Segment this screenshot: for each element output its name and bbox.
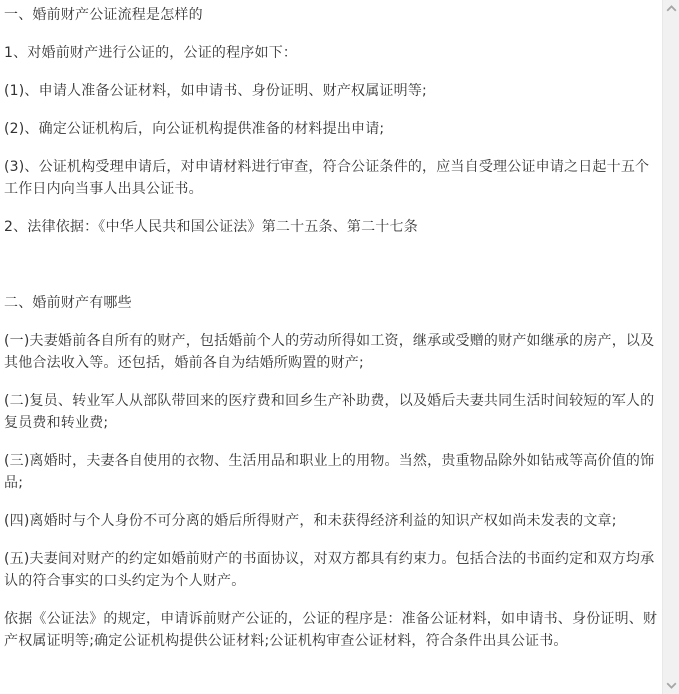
scroll-up-button[interactable]: [663, 0, 679, 17]
paragraph: (四)离婚时与个人身份不可分离的婚后所得财产，和未获得经济利益的知识产权如尚未发…: [4, 510, 658, 532]
paragraph-blank: [4, 254, 658, 276]
paragraph: (2)、确定公证机构后，向公证机构提供准备的材料提出申请;: [4, 118, 658, 140]
paragraph: (五)夫妻间对财产的约定如婚前财产的书面协议，对双方都具有约束力。包括合法的书面…: [4, 548, 658, 592]
paragraph: 一、婚前财产公证流程是怎样的: [4, 4, 658, 26]
paragraph: 2、法律依据：《中华人民共和国公证法》第二十五条、第二十七条: [4, 216, 658, 238]
paragraph: 依据《公证法》的规定，申请诉前财产公证的，公证的程序是：准备公证材料，如申请书、…: [4, 608, 658, 652]
paragraph: (一)夫妻婚前各自所有的财产，包括婚前个人的劳动所得如工资，继承或受赠的财产如继…: [4, 330, 658, 374]
paragraph: (三)离婚时，夫妻各自使用的衣物、生活用品和职业上的用物。当然，贵重物品除外如钻…: [4, 450, 658, 494]
paragraph: 二、婚前财产有哪些: [4, 292, 658, 314]
paragraph: (3)、公证机构受理申请后，对申请材料进行审查，符合公证条件的，应当自受理公证申…: [4, 156, 658, 200]
document-content: 一、婚前财产公证流程是怎样的 1、对婚前财产进行公证的，公证的程序如下： (1)…: [0, 0, 662, 694]
paragraph: (1)、申请人准备公证材料，如申请书、身份证明、财产权属证明等;: [4, 80, 658, 102]
chevron-up-icon: [666, 5, 677, 12]
paragraph: (二)复员、转业军人从部队带回来的医疗费和回乡生产补助费，以及婚后夫妻共同生活时…: [4, 390, 658, 434]
vertical-scrollbar[interactable]: [662, 0, 679, 694]
scroll-down-button[interactable]: [663, 677, 679, 694]
chevron-down-icon: [666, 682, 677, 689]
scrollbar-track[interactable]: [663, 17, 679, 677]
paragraph: 1、对婚前财产进行公证的，公证的程序如下：: [4, 42, 658, 64]
